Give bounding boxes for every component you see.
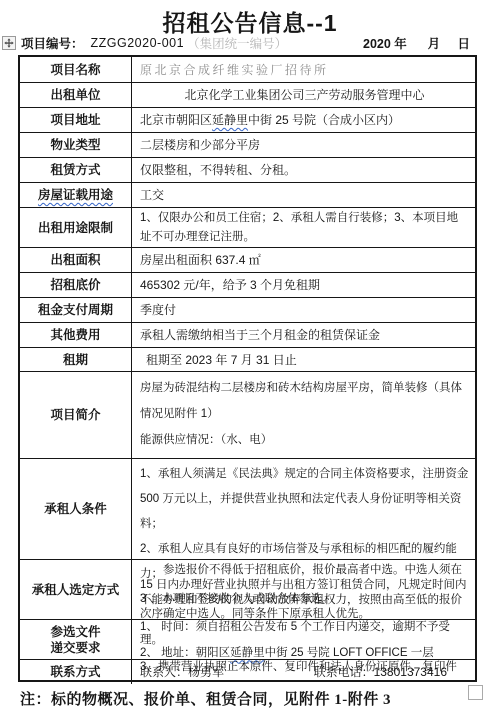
row-tenant-requirements: 承租人条件 1、承租人须满足《民法典》规定的合同主体资格要求，注册资金 500 …	[20, 458, 475, 559]
row-label: 参选文件 递交要求	[20, 620, 132, 659]
row-lease-term: 租期 租期至 2023 年 7 月 31 日止	[20, 347, 475, 371]
lease-mode-text: 仅限整租，不得转租、分租。	[140, 162, 469, 178]
row-use-restriction: 出租用途限制 1、仅限办公和员工住宿；2、承租人需自行装修；3、本项目地址不可办…	[20, 207, 475, 247]
project-no-label: 项目编号：	[21, 34, 84, 52]
row-value: 联系人：杨勇军 联系电话：13801373416	[132, 660, 475, 684]
row-value: 房屋出租面积 637.4 ㎡	[132, 248, 475, 272]
row-label: 其他费用	[20, 323, 132, 347]
row-lease-mode: 租赁方式 仅限整租，不得转租、分租。	[20, 157, 475, 182]
row-label: 招租底价	[20, 273, 132, 297]
row-value: 原北京合成纤维实验厂招待所	[132, 57, 475, 82]
row-value: 仅限整租，不得转租、分租。	[132, 158, 475, 182]
row-area: 出租面积 房屋出租面积 637.4 ㎡	[20, 247, 475, 272]
row-value: 北京市朝阳区延静里中街 25 号院（合成小区内）	[132, 108, 475, 132]
row-label: 出租面积	[20, 248, 132, 272]
row-value: 1、承租人须满足《民法典》规定的合同主体资格要求，注册资金 500 万元以上，并…	[132, 459, 475, 559]
row-property-type: 物业类型 二层楼房和少部分平房	[20, 132, 475, 157]
row-label: 项目简介	[20, 372, 132, 458]
row-project-brief: 项目简介 房屋为砖混结构二层楼房和砖木结构房屋平房，简单装修（具体情况见附件 1…	[20, 371, 475, 458]
row-label: 租赁方式	[20, 158, 132, 182]
project-no-note: （集团统一编号）	[187, 34, 287, 52]
project-name-text: 原北京合成纤维实验厂招待所	[140, 62, 469, 78]
tenant-selection-text: 参选报价不得低于招租底价，报价最高者中选。中选人须在 15 日内办理好营业执照并…	[140, 563, 469, 622]
table-move-handle-icon[interactable]	[2, 36, 16, 50]
project-brief-line: 能源供应情况：（水、电）	[140, 427, 469, 453]
row-label: 出租单位	[20, 83, 132, 107]
table-resize-handle[interactable]	[468, 685, 483, 700]
page-title: 招租公告信息--1	[0, 0, 500, 31]
row-label: 项目名称	[20, 57, 132, 82]
submission-line: 2、 地址：朝阳区延静里中街 25 号院 LOFT OFFICE 一层	[140, 647, 469, 660]
row-certified-use: 房屋证载用途 工交	[20, 182, 475, 207]
row-label: 房屋证载用途	[20, 183, 132, 207]
certified-use-text: 工交	[140, 187, 469, 203]
row-label: 联系方式	[20, 660, 132, 684]
lessor-text: 北京化学工业集团公司三产劳动服务管理中心	[140, 87, 469, 103]
row-value: 1、仅限办公和员工住宿；2、承租人需自行装修；3、本项目地址不可办理登记注册。	[132, 208, 475, 247]
footnote: 注：标的物概况、报价单、租赁合同，见附件 1-附件 3	[20, 688, 500, 709]
row-value: 参选报价不得低于招租底价，报价最高者中选。中选人须在 15 日内办理好营业执照并…	[132, 560, 475, 619]
contact-phone: 联系电话：13801373416	[314, 664, 447, 680]
row-value: 工交	[132, 183, 475, 207]
misspell-underline: 房屋证载用途	[38, 187, 113, 203]
tenant-requirement-item: 1、承租人须满足《民法典》规定的合同主体资格要求，注册资金 500 万元以上，并…	[140, 462, 469, 537]
row-lessor: 出租单位 北京化学工业集团公司三产劳动服务管理中心	[20, 82, 475, 107]
row-value: 季度付	[132, 298, 475, 322]
row-value: 465302 元/年，给予 3 个月免租期	[132, 273, 475, 297]
date-line: 2020 年 月 日	[363, 34, 470, 52]
row-base-price: 招租底价 465302 元/年，给予 3 个月免租期	[20, 272, 475, 297]
lease-term-text: 租期至 2023 年 7 月 31 日止	[146, 352, 469, 368]
project-no: ZZGG2020-001	[91, 36, 185, 50]
address-text: 北京市朝阳区延静里中街 25 号院（合成小区内）	[140, 112, 469, 128]
row-value: 租期至 2023 年 7 月 31 日止	[132, 348, 475, 371]
announcement-table: 项目名称 原北京合成纤维实验厂招待所 出租单位 北京化学工业集团公司三产劳动服务…	[18, 55, 477, 682]
row-document-submission: 参选文件 递交要求 1、 时间：须自招租公告发布 5 个工作日内递交，逾期不予受…	[20, 619, 475, 659]
submission-line: 1、 时间：须自招租公告发布 5 个工作日内递交，逾期不予受理。	[140, 621, 469, 647]
row-address: 项目地址 北京市朝阳区延静里中街 25 号院（合成小区内）	[20, 107, 475, 132]
contact-person: 联系人：杨勇军	[140, 664, 224, 680]
base-price-text: 465302 元/年，给予 3 个月免租期	[140, 277, 469, 293]
row-label: 物业类型	[20, 133, 132, 157]
row-label: 租金支付周期	[20, 298, 132, 322]
other-fees-text: 承租人需缴纳相当于三个月租金的租赁保证金	[140, 327, 469, 343]
document-meta-line: 项目编号： ZZGG2020-001 （集团统一编号） 2020 年 月 日	[2, 33, 500, 52]
row-label: 承租人选定方式	[20, 560, 132, 619]
payment-cycle-text: 季度付	[140, 302, 469, 318]
row-contact: 联系方式 联系人：杨勇军 联系电话：13801373416	[20, 659, 475, 684]
row-tenant-selection: 承租人选定方式 参选报价不得低于招租底价，报价最高者中选。中选人须在 15 日内…	[20, 559, 475, 619]
row-label: 项目地址	[20, 108, 132, 132]
use-restriction-text: 1、仅限办公和员工住宿；2、承租人需自行装修；3、本项目地址不可办理登记注册。	[140, 209, 469, 247]
row-label: 租期	[20, 348, 132, 371]
row-other-fees: 其他费用 承租人需缴纳相当于三个月租金的租赁保证金	[20, 322, 475, 347]
row-value: 承租人需缴纳相当于三个月租金的租赁保证金	[132, 323, 475, 347]
misspell-underline: 延静里	[230, 647, 265, 659]
project-brief-line: 房屋为砖混结构二层楼房和砖木结构房屋平房，简单装修（具体情况见附件 1）	[140, 375, 469, 427]
row-label: 承租人条件	[20, 459, 132, 559]
row-value: 1、 时间：须自招租公告发布 5 个工作日内递交，逾期不予受理。 2、 地址：朝…	[132, 620, 475, 659]
property-type-text: 二层楼房和少部分平房	[140, 137, 469, 153]
row-value: 北京化学工业集团公司三产劳动服务管理中心	[132, 83, 475, 107]
row-project-name: 项目名称 原北京合成纤维实验厂招待所	[20, 57, 475, 82]
row-label: 出租用途限制	[20, 208, 132, 247]
row-payment-cycle: 租金支付周期 季度付	[20, 297, 475, 322]
misspell-underline: 延静里	[212, 113, 248, 127]
row-value: 房屋为砖混结构二层楼房和砖木结构房屋平房，简单装修（具体情况见附件 1） 能源供…	[132, 372, 475, 458]
row-value: 二层楼房和少部分平房	[132, 133, 475, 157]
area-text: 房屋出租面积 637.4 ㎡	[140, 252, 469, 268]
